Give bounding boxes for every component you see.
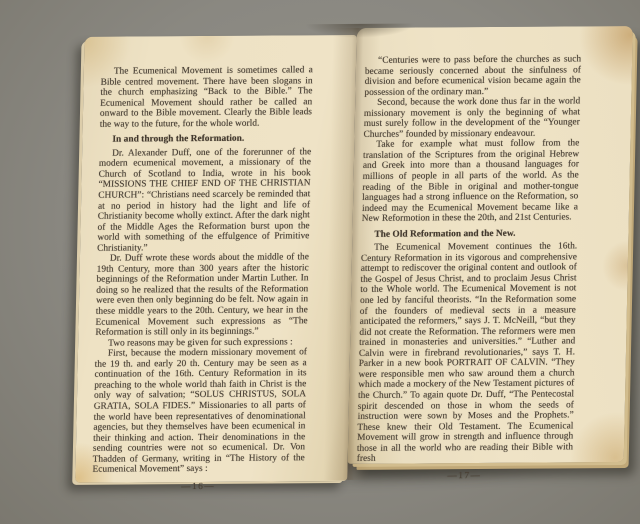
- paragraph-translation: Take for example what must follow from t…: [362, 139, 580, 225]
- book-page-right: “Centuries were to pass before the churc…: [348, 26, 633, 464]
- paragraph-bible-movement: The Ecumenical Movement is sometimes cal…: [100, 65, 313, 130]
- photo-background: The Ecumenical Movement is sometimes cal…: [0, 0, 640, 524]
- page-number-right: —17—: [356, 470, 572, 482]
- open-book: The Ecumenical Movement is sometimes cal…: [65, 26, 620, 486]
- book-page-left: The Ecumenical Movement is sometimes cal…: [75, 35, 356, 483]
- section-heading-reformation: In and through the Reformation.: [99, 134, 311, 146]
- page-number-left: —16—: [92, 481, 304, 493]
- paragraph-alexander-duff: Dr. Alexander Duff, one of the forerunne…: [97, 147, 311, 254]
- paragraph-first-reason: First, because the modern missionary mov…: [92, 347, 307, 475]
- paragraph-second-reason: Second, because the work done thus far i…: [363, 97, 580, 141]
- paragraph-duff-words: Dr. Duff wrote these words about the mid…: [95, 253, 309, 339]
- left-page-text: The Ecumenical Movement is sometimes cal…: [92, 65, 313, 493]
- right-page-text: “Centuries were to pass before the churc…: [356, 54, 581, 482]
- paragraph-centuries-quote: “Centuries were to pass before the churc…: [364, 54, 581, 98]
- paragraph-continues-reformation: The Ecumenical Movement continues the 16…: [357, 242, 578, 465]
- section-heading-old-new: The Old Reformation and the New.: [361, 228, 577, 240]
